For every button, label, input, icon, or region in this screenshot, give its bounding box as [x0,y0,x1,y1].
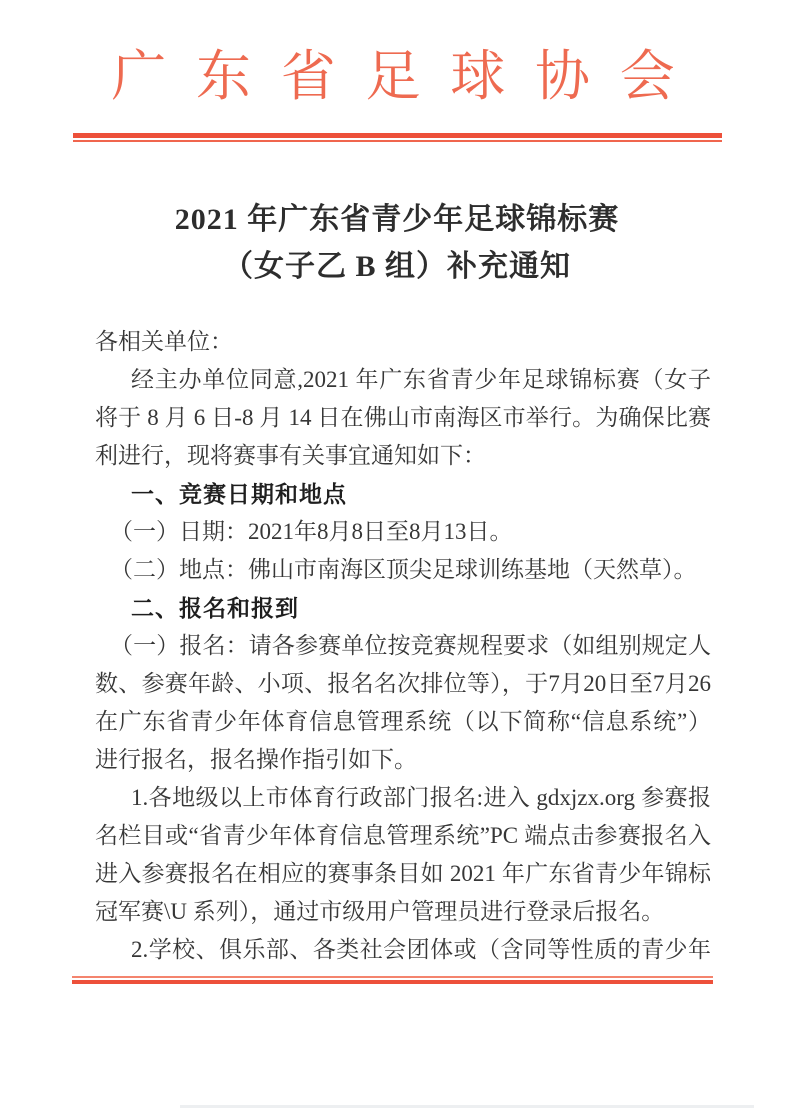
document-title-line-1: 2021 年广东省青少年足球锦标赛 [0,196,794,243]
letterhead-double-rule [73,133,722,142]
section-heading-2: 二、报名和报到 [95,589,711,627]
body-line: 1.各地级以上市体育行政部门报名:进入 gdxjzx.org 参赛报 [95,779,711,817]
document-title: 2021 年广东省青少年足球锦标赛 （女子乙 B 组）补充通知 [0,196,794,290]
body-line: （一）报名：请各参赛单位按竞赛规程要求（如组别规定人 [95,627,711,665]
footer-double-rule [72,976,713,984]
document-page: 广 东 省 足 球 协 会 2021 年广东省青少年足球锦标赛 （女子乙 B 组… [0,0,794,1108]
body-line: （二）地点：佛山市南海区顶尖足球训练基地（天然草）。 [95,551,711,589]
body-line: 利进行，现将赛事有关事宜通知如下： [95,437,711,475]
body-line: 进行报名，报名操作指引如下。 [95,741,711,779]
body-line: （一）日期：2021年8月8日至8月13日。 [95,513,711,551]
body-line: 经主办单位同意,2021 年广东省青少年足球锦标赛（女子乙 B 组） [95,361,711,399]
body-line: 冠军赛\U 系列），通过市级用户管理员进行登录后报名。 [95,893,711,931]
body-line: 2.学校、俱乐部、各类社会团体或（含同等性质的青少年训 [95,931,711,969]
body-line: 进入参赛报名在相应的赛事条目如 2021 年广东省青少年锦标赛\ [95,855,711,893]
letterhead-org-name: 广 东 省 足 球 协 会 [0,44,794,110]
body-line-salutation: 各相关单位： [95,323,711,361]
body-line: 将于 8 月 6 日-8 月 14 日在佛山市南海区市举行。为确保比赛顺 [95,399,711,437]
rule-thin-line [73,140,722,142]
body-line: 数、参赛年龄、小项、报名名次排位等），于7月20日至7月26日 [95,665,711,703]
rule-thick-line [72,980,713,984]
body-line: 名栏目或“省青少年体育信息管理系统”PC 端点击参赛报名入口， [95,817,711,855]
document-body: 各相关单位： 经主办单位同意,2021 年广东省青少年足球锦标赛（女子乙 B 组… [95,323,711,969]
section-heading-1: 一、竞赛日期和地点 [95,475,711,513]
document-title-line-2: （女子乙 B 组）补充通知 [0,243,794,290]
body-line: 在广东省青少年体育信息管理系统（以下简称“信息系统”）上 [95,703,711,741]
